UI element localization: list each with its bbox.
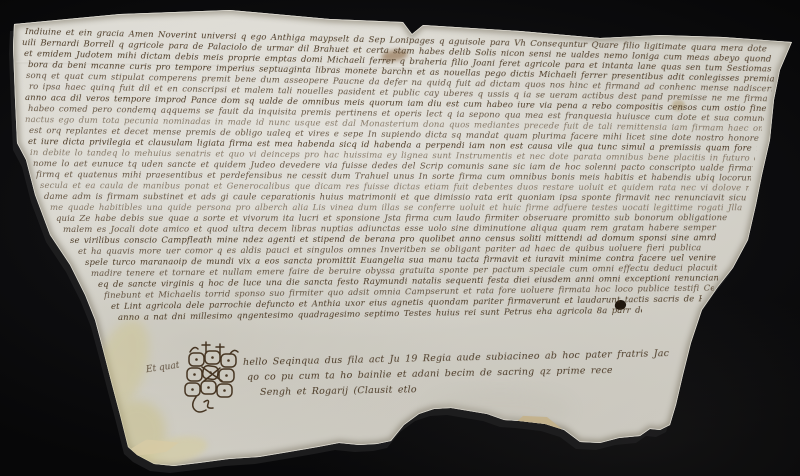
notary-mark-caption: Et quat [145,360,180,377]
photo-stage: Indiuine et ein gracia Amen Noverint uni… [0,0,800,476]
parchment: Indiuine et ein gracia Amen Noverint uni… [0,0,800,476]
notary-mark-icon [182,336,244,414]
closing-line: Sengh et Rogarij (Clausit etlo [260,383,452,399]
